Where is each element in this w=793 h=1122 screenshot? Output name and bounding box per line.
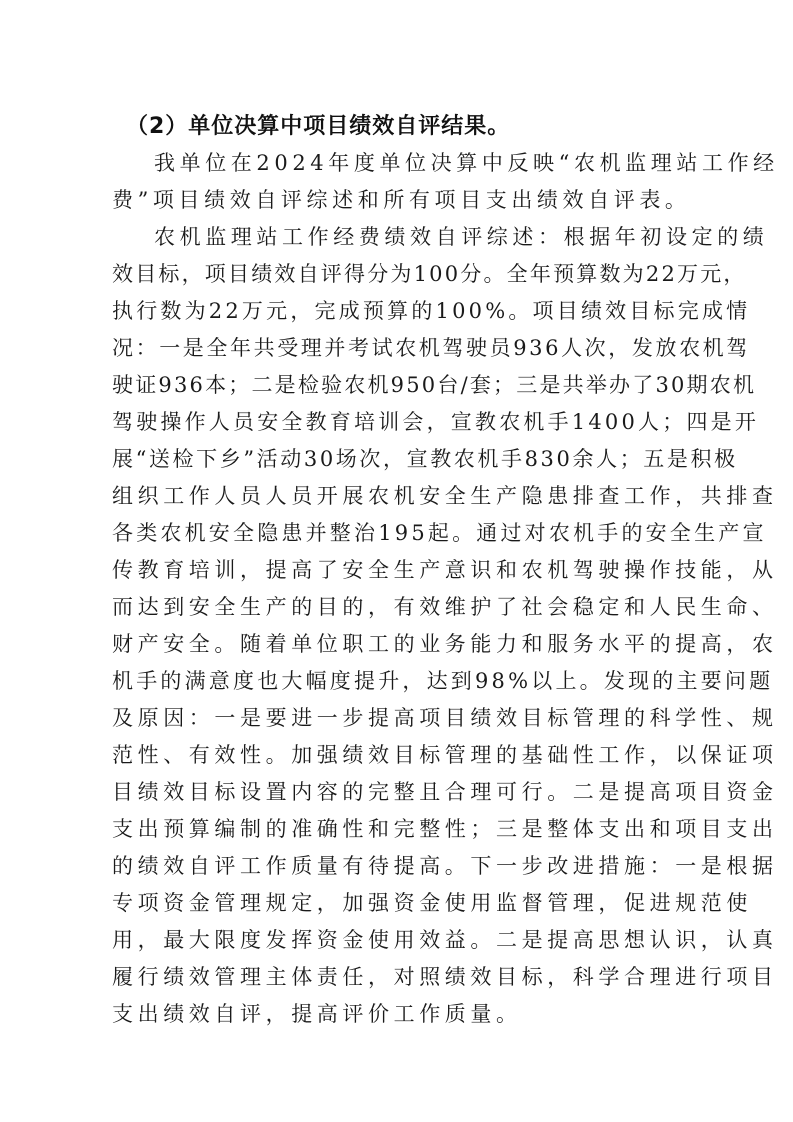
text-line: 效目标，项目绩效自评得分为100分。全年预算数为22万元， (112, 256, 680, 293)
text-line: 驶证936本；二是检验农机950台/套；三是共举办了30期农机 (112, 367, 680, 404)
section-heading: （2）单位决算中项目绩效自评结果。 (112, 108, 680, 145)
text-line: 而达到安全生产的目的，有效维护了社会稳定和人民生命、 (112, 589, 680, 626)
text-line: 范性、有效性。加强绩效目标管理的基础性工作，以保证项 (112, 737, 680, 774)
summary-paragraph: 农机监理站工作经费绩效自评综述：根据年初设定的绩 效目标，项目绩效自评得分为10… (112, 219, 680, 1070)
text-line: 执行数为22万元，完成预算的100%。项目绩效目标完成情 (112, 293, 680, 330)
text-line: 各类农机安全隐患并整治195起。通过对农机手的安全生产宣 (112, 515, 680, 552)
text-line: 用，最大限度发挥资金使用效益。二是提高思想认识，认真 (112, 922, 680, 959)
document-page: （2）单位决算中项目绩效自评结果。 我单位在2024年度单位决算中反映“农机监理… (112, 108, 680, 1070)
text-line: 的绩效自评工作质量有待提高。下一步改进措施：一是根据 (112, 848, 680, 885)
text-line: 驾驶操作人员安全教育培训会，宣教农机手1400人；四是开 (112, 404, 680, 441)
text-line: 农机监理站工作经费绩效自评综述：根据年初设定的绩 (112, 219, 680, 256)
text-line: 况：一是全年共受理并考试农机驾驶员936人次，发放农机驾 (112, 330, 680, 367)
text-line: 组织工作人员人员开展农机安全生产隐患排查工作，共排查 (112, 478, 680, 515)
text-line (112, 1033, 680, 1070)
text-line: 履行绩效管理主体责任，对照绩效目标，科学合理进行项目 (112, 959, 680, 996)
text-line: 财产安全。随着单位职工的业务能力和服务水平的提高，农 (112, 626, 680, 663)
text-line: 展“送检下乡”活动30场次，宣教农机手830余人；五是积极 (112, 441, 680, 478)
text-line: 费”项目绩效自评综述和所有项目支出绩效自评表。 (112, 182, 680, 219)
text-line: 传教育培训，提高了安全生产意识和农机驾驶操作技能，从 (112, 552, 680, 589)
text-line: 支出绩效自评，提高评价工作质量。 (112, 996, 680, 1033)
text-line: 专项资金管理规定，加强资金使用监督管理，促进规范使 (112, 885, 680, 922)
text-line: 机手的满意度也大幅度提升，达到98%以上。发现的主要问题 (112, 663, 680, 700)
intro-paragraph: 我单位在2024年度单位决算中反映“农机监理站工作经 费”项目绩效自评综述和所有… (112, 145, 680, 219)
text-line: 支出预算编制的准确性和完整性；三是整体支出和项目支出 (112, 811, 680, 848)
text-line: 我单位在2024年度单位决算中反映“农机监理站工作经 (112, 145, 680, 182)
text-line: 及原因：一是要进一步提高项目绩效目标管理的科学性、规 (112, 700, 680, 737)
text-line: 目绩效目标设置内容的完整且合理可行。二是提高项目资金 (112, 774, 680, 811)
